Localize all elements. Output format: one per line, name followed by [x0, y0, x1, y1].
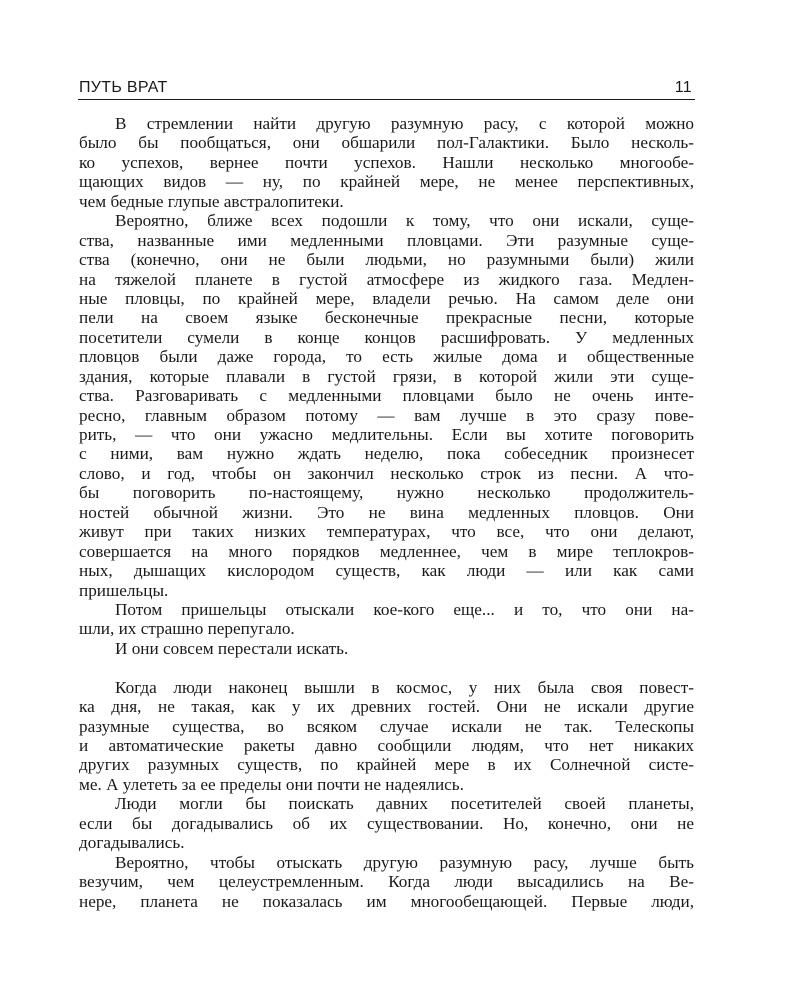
- text-line: разумные существа, во всяком случае иска…: [79, 717, 694, 736]
- text-line: других разумных существ, по крайней мере…: [79, 755, 694, 774]
- text-line: ностей обычной жизни. Это не вина медлен…: [79, 503, 694, 522]
- text-line: Когда люди наконец вышли в космос, у них…: [79, 678, 694, 697]
- text-line: ства. Разговаривать с медленными пловцам…: [79, 386, 694, 405]
- header-rule: [78, 99, 695, 100]
- text-line: было бы пообщаться, они обшарили пол-Гал…: [79, 133, 694, 152]
- text-line: ко успехов, вернее почти успехов. Нашли …: [79, 153, 694, 172]
- text-line: совершается на много порядков медленнее,…: [79, 542, 694, 561]
- body-text: В стремлении найти другую разумную расу,…: [79, 114, 694, 911]
- text-line: Вероятно, чтобы отыскать другую разумную…: [79, 853, 694, 872]
- text-line: пловцов были даже города, то есть жилые …: [79, 347, 694, 366]
- page-number: 11: [675, 78, 692, 98]
- running-head: ПУТЬ ВРАТ 11: [79, 78, 694, 98]
- text-line: ства, названные ими медленными пловцами.…: [79, 231, 694, 250]
- text-line: В стремлении найти другую разумную расу,…: [79, 114, 694, 133]
- running-head-title: ПУТЬ ВРАТ: [79, 78, 168, 98]
- text-line: Потом пришельцы отыскали кое-кого еще...…: [79, 600, 694, 619]
- text-line: если бы догадывались об их существовании…: [79, 814, 694, 833]
- paragraph: Когда люди наконец вышли в космос, у них…: [79, 678, 694, 795]
- text-line: пели на своем языке бесконечные прекрасн…: [79, 308, 694, 327]
- text-line: И они совсем перестали искать.: [79, 639, 694, 658]
- text-line: ка дня, не такая, как у их древних госте…: [79, 697, 694, 716]
- text-line: щающих видов — ну, по крайней мере, не м…: [79, 172, 694, 191]
- text-line: бы поговорить по-настоящему, нужно неско…: [79, 483, 694, 502]
- text-line: шли, их страшно перепугало.: [79, 619, 694, 638]
- text-line: везучим, чем целеустремленным. Когда люд…: [79, 872, 694, 891]
- text-line: ме. А улететь за ее пределы они почти не…: [79, 775, 694, 794]
- text-line: посетители сумели в конце концов расшифр…: [79, 328, 694, 347]
- paragraph: В стремлении найти другую разумную расу,…: [79, 114, 694, 211]
- text-line: на тяжелой планете в густой атмосфере из…: [79, 270, 694, 289]
- text-line: здания, которые плавали в густой грязи, …: [79, 367, 694, 386]
- text-line: ных, дышащих кислородом существ, как люд…: [79, 561, 694, 580]
- text-line: ные пловцы, по крайней мере, владели реч…: [79, 289, 694, 308]
- text-line: догадывались.: [79, 833, 694, 852]
- text-line: чем бедные глупые австралопитеки.: [79, 192, 694, 211]
- section-break: [79, 658, 694, 677]
- paragraph: И они совсем перестали искать.: [79, 639, 694, 658]
- text-line: пришельцы.: [79, 581, 694, 600]
- text-line: ресно, главным образом потому — вам лучш…: [79, 406, 694, 425]
- text-line: и автоматические ракеты давно сообщили л…: [79, 736, 694, 755]
- paragraph: Потом пришельцы отыскали кое-кого еще...…: [79, 600, 694, 639]
- text-line: с ними, вам нужно ждать неделю, пока соб…: [79, 444, 694, 463]
- text-line: ства (конечно, они не были людьми, но ра…: [79, 250, 694, 269]
- paragraph: Вероятно, ближе всех подошли к тому, что…: [79, 211, 694, 600]
- paragraph: Люди могли бы поискать давних посетителе…: [79, 794, 694, 852]
- paragraph: Вероятно, чтобы отыскать другую разумную…: [79, 853, 694, 911]
- text-line: нере, планета не показалась им многообещ…: [79, 892, 694, 911]
- text-line: Люди могли бы поискать давних посетителе…: [79, 794, 694, 813]
- text-line: рить, — что они ужасно медлительны. Если…: [79, 425, 694, 444]
- text-line: Вероятно, ближе всех подошли к тому, что…: [79, 211, 694, 230]
- text-line: слово, и год, чтобы он закончил нескольк…: [79, 464, 694, 483]
- text-line: живут при таких низких температурах, что…: [79, 522, 694, 541]
